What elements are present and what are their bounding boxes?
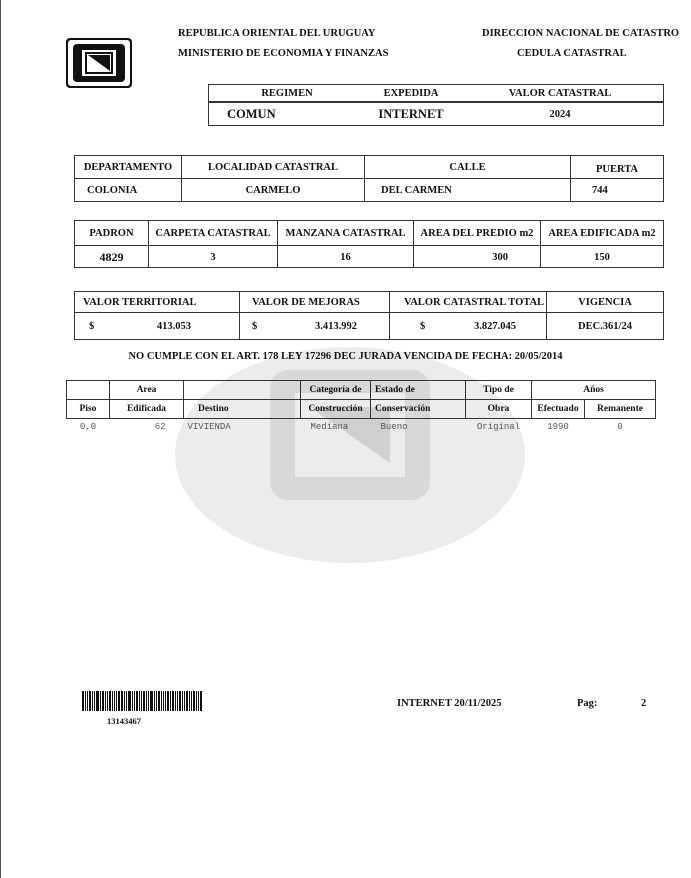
valor-total-header: VALOR CATASTRAL TOTAL xyxy=(389,292,546,312)
estado-cell: Bueno xyxy=(371,419,466,436)
manzana-header: MANZANA CATASTRAL xyxy=(277,221,413,245)
padron-value: 4829 xyxy=(75,246,148,268)
destino-cell: VIVIENDA xyxy=(184,419,301,436)
currency-symbol: $ xyxy=(89,321,94,332)
valor-mejoras-value: 3.413.992 xyxy=(315,321,357,332)
dept-line1: DIRECCION NACIONAL DE CATASTRO xyxy=(482,28,679,39)
col-top-anos: Años xyxy=(532,381,656,400)
localidad-value: CARMELO xyxy=(181,179,364,202)
padron-header: PADRON xyxy=(75,221,148,245)
valor-catastral-year: 2024 xyxy=(457,103,663,125)
puerta-header: PUERTA xyxy=(570,156,663,178)
vigencia-value: DEC.361/24 xyxy=(546,313,663,340)
expedida-header: EXPEDIDA xyxy=(365,85,457,101)
col-remanente: Remanente xyxy=(585,400,656,419)
watermark-logo-icon xyxy=(175,345,525,565)
col-destino: Destino xyxy=(184,400,301,419)
area-predio-header: AREA DEL PREDIO m2 xyxy=(413,221,540,245)
valor-territorial-header: VALOR TERRITORIAL xyxy=(75,292,239,312)
col-top-categoria: Categoría de xyxy=(301,381,371,400)
area-cell: 62 xyxy=(110,419,184,436)
barcode xyxy=(82,691,234,711)
compliance-notice: NO CUMPLE CON EL ART. 178 LEY 17296 DEC … xyxy=(0,351,691,362)
col-top-area: Area xyxy=(110,381,184,400)
location-table: DEPARTAMENTO LOCALIDAD CATASTRAL CALLE P… xyxy=(74,155,664,202)
col-categoria: Construcción xyxy=(301,400,371,419)
col-top-estado: Estado de xyxy=(371,381,466,400)
page-number: 2 xyxy=(641,698,646,709)
area-predio-value: 300 xyxy=(413,246,540,268)
parcel-table: PADRON CARPETA CATASTRAL MANZANA CATASTR… xyxy=(74,220,664,268)
expedida-value: INTERNET xyxy=(365,103,457,125)
col-estado: Conservación xyxy=(371,400,466,419)
vigencia-header: VIGENCIA xyxy=(546,292,663,312)
col-efectuado: Efectuado xyxy=(532,400,585,419)
puerta-value: 744 xyxy=(570,179,663,202)
valor-catastral-header: VALOR CATASTRAL xyxy=(457,85,663,101)
tipo-cell: Original xyxy=(466,419,532,436)
dept-line2: CEDULA CATASTRAL xyxy=(517,48,627,59)
currency-symbol: $ xyxy=(420,321,425,332)
regimen-value: COMUN xyxy=(209,103,365,125)
org-line2: MINISTERIO DE ECONOMIA Y FINANZAS xyxy=(178,48,388,59)
summary-table: REGIMEN EXPEDIDA VALOR CATASTRAL COMUN I… xyxy=(208,84,664,126)
valor-territorial-value: 413.053 xyxy=(157,321,191,332)
area-edificada-value: 150 xyxy=(540,246,663,268)
calle-value: DEL CARMEN xyxy=(364,179,570,202)
catastro-logo-icon xyxy=(66,38,132,88)
org-line1: REPUBLICA ORIENTAL DEL URUGUAY xyxy=(178,28,376,39)
carpeta-value: 3 xyxy=(148,246,277,268)
valor-mejoras-header: VALOR DE MEJORAS xyxy=(239,292,389,312)
col-tipo: Obra xyxy=(466,400,532,419)
construction-table: Area Categoría de Estado de Tipo de Años… xyxy=(66,380,656,435)
col-piso: Piso xyxy=(67,400,110,419)
col-top-tipo: Tipo de xyxy=(466,381,532,400)
regimen-header: REGIMEN xyxy=(209,85,365,101)
col-top-destino xyxy=(184,381,301,400)
issued-date: INTERNET 20/11/2025 xyxy=(397,698,502,709)
area-edificada-header: AREA EDIFICADA m2 xyxy=(540,221,663,245)
departamento-value: COLONIA xyxy=(75,179,181,202)
manzana-value: 16 xyxy=(277,246,413,268)
departamento-header: DEPARTAMENTO xyxy=(75,156,181,178)
calle-header: CALLE xyxy=(364,156,570,178)
categoria-cell: Mediana xyxy=(301,419,371,436)
page-left-edge xyxy=(0,0,1,878)
localidad-header: LOCALIDAD CATASTRAL xyxy=(181,156,364,178)
table-row: 0,0 62 VIVIENDA Mediana Bueno Original 1… xyxy=(67,419,656,436)
page-label: Pag: xyxy=(577,698,597,709)
barcode-number: 13143467 xyxy=(107,716,141,726)
currency-symbol: $ xyxy=(252,321,257,332)
valor-total-value: 3.827.045 xyxy=(474,321,516,332)
carpeta-header: CARPETA CATASTRAL xyxy=(148,221,277,245)
efectuado-cell: 1990 xyxy=(532,419,585,436)
piso-cell: 0,0 xyxy=(67,419,110,436)
col-top-piso xyxy=(67,381,110,400)
valuation-table: VALOR TERRITORIAL VALOR DE MEJORAS VALOR… xyxy=(74,291,664,340)
remanente-cell: 0 xyxy=(585,419,656,436)
col-edificada: Edificada xyxy=(110,400,184,419)
